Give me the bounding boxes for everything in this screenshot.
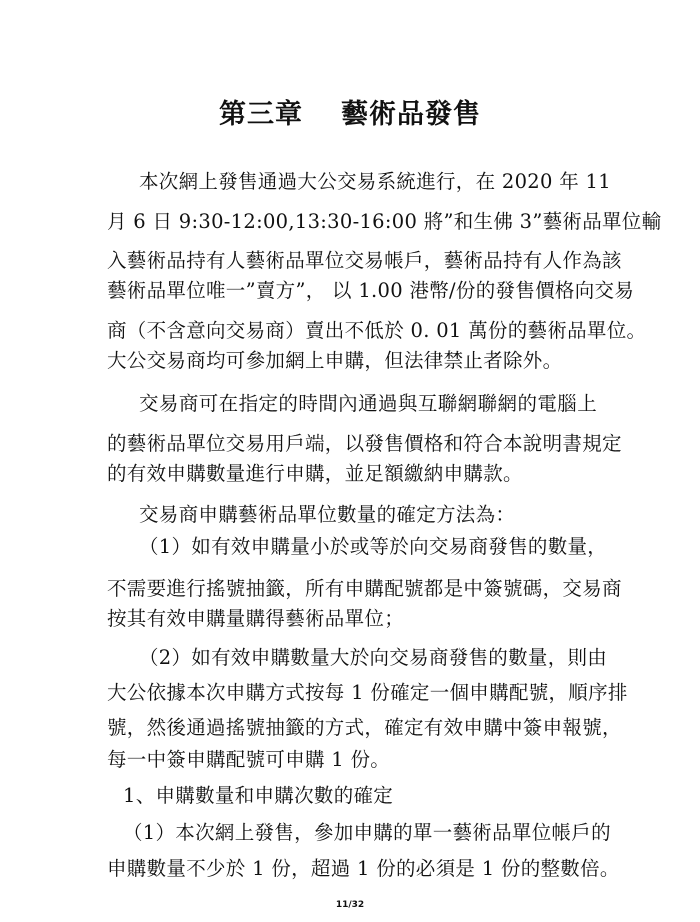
text-line: 不需要進行搖號抽籤，所有申購配號都是中簽號碼，交易商 <box>107 574 597 604</box>
text-line: 藝術品單位唯一”賣方”， 以 1.00 港幣/份的發售價格向交易 <box>107 276 597 306</box>
text-line: 本次網上發售通過大公交易系統進行，在 2020 年 11 <box>139 167 597 197</box>
text-line: （1）本次網上發售，參加申購的單一藝術品單位帳戶的 <box>123 818 597 848</box>
text-line: 交易商申購藝術品單位數量的確定方法為： <box>139 500 597 530</box>
page-number: 11/32 <box>0 900 700 910</box>
text-line: （1）如有效申購量小於或等於向交易商發售的數量， <box>139 532 597 562</box>
chapter-heading: 第三章藝術品發售 <box>0 92 700 131</box>
text-line: 的藝術品單位交易用戶端，以發售價格和符合本說明書規定 <box>107 429 597 459</box>
text-line: （2）如有效申購數量大於向交易商發售的數量，則由 <box>139 643 597 673</box>
text-line: 交易商可在指定的時間內通過與互聯網聯網的電腦上 <box>139 389 597 419</box>
text-line: 按其有效申購量購得藝術品單位； <box>107 604 597 634</box>
text-line: 號，然後通過搖號抽籤的方式，確定有效申購中簽申報號， <box>107 713 597 743</box>
text-line: 大公交易商均可參加網上申購，但法律禁止者除外。 <box>107 346 597 376</box>
document-page: 第三章藝術品發售 本次網上發售通過大公交易系統進行，在 2020 年 11月 6… <box>0 0 700 922</box>
text-line: 商（不含意向交易商）賣出不低於 0. 01 萬份的藝術品單位。 <box>107 316 597 346</box>
chapter-title: 藝術品發售 <box>341 99 481 130</box>
text-line: 申購數量不少於 1 份，超過 1 份的必須是 1 份的整數倍。 <box>107 854 597 884</box>
text-line: 的有效申購數量進行申購，並足額繳納申購款。 <box>107 459 597 489</box>
chapter-label: 第三章 <box>219 99 303 130</box>
text-line: 1、申購數量和申購次數的確定 <box>123 781 597 811</box>
text-line: 月 6 日 9:30-12:00,13:30-16:00 將”和生佛 3”藝術品… <box>107 207 597 237</box>
text-line: 大公依據本次申購方式按每 1 份確定一個申購配號，順序排 <box>107 678 597 708</box>
text-line: 每一中簽申購配號可申購 1 份。 <box>107 745 597 775</box>
text-line: 入藝術品持有人藝術品單位交易帳戶，藝術品持有人作為該 <box>107 246 597 276</box>
